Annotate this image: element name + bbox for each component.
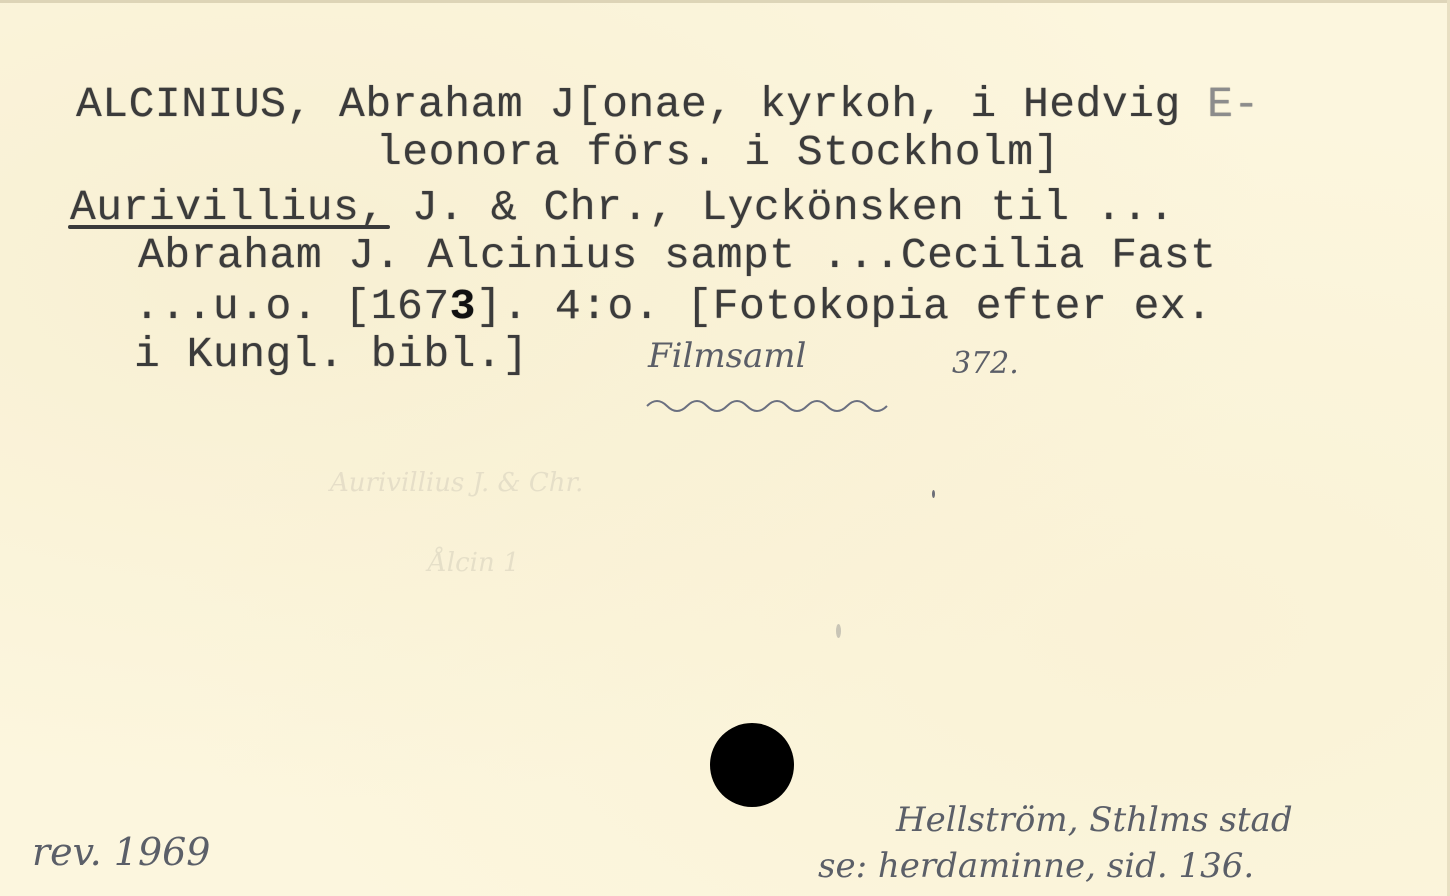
entry-line-3: ...u.o. [1673]. 4:o. [Fotokopia efter ex… [134, 282, 1213, 331]
ink-smudge [836, 624, 841, 638]
revision-note: rev. 1969 [32, 830, 210, 874]
imprint-prefix: ...u.o. [167 [134, 282, 450, 331]
film-number: 372. [952, 346, 1019, 381]
heading-hyphen-continuation: E- [1207, 80, 1260, 129]
ghost-text-1: Aurivillius J. & Chr. [330, 468, 583, 498]
ink-speck [932, 490, 935, 498]
entry-title-start: , J. & Chr., Lyckönsken til ... [359, 183, 1174, 232]
entry-line-2: Abraham J. Alcinius sampt ...Cecilia Fas… [138, 231, 1216, 280]
reference-line-1: Hellström, Sthlms stad [896, 800, 1293, 840]
card-top-edge [0, 0, 1450, 3]
imprint-suffix: ]. 4:o. [Fotokopia efter ex. [476, 282, 1213, 331]
heading-name: ALCINIUS, Abraham J[onae, kyrkoh, i Hedv… [76, 80, 1207, 129]
author-underline [68, 225, 390, 229]
ghost-text-2: Ålcin 1 [428, 548, 520, 578]
heading-line-2: leonora förs. i Stockholm] [376, 128, 1060, 177]
reference-line-2: se: herdaminne, sid. 136. [818, 846, 1254, 886]
catalog-card: ALCINIUS, Abraham J[onae, kyrkoh, i Hedv… [0, 0, 1450, 896]
filmsamling-note: Filmsaml [648, 336, 806, 376]
wavy-underline-icon [645, 394, 890, 416]
corrected-year-digit: 3 [450, 282, 476, 331]
punch-hole [710, 723, 794, 807]
heading-line-1: ALCINIUS, Abraham J[onae, kyrkoh, i Hedv… [76, 80, 1260, 129]
entry-line-4: i Kungl. bibl.] [134, 330, 529, 379]
